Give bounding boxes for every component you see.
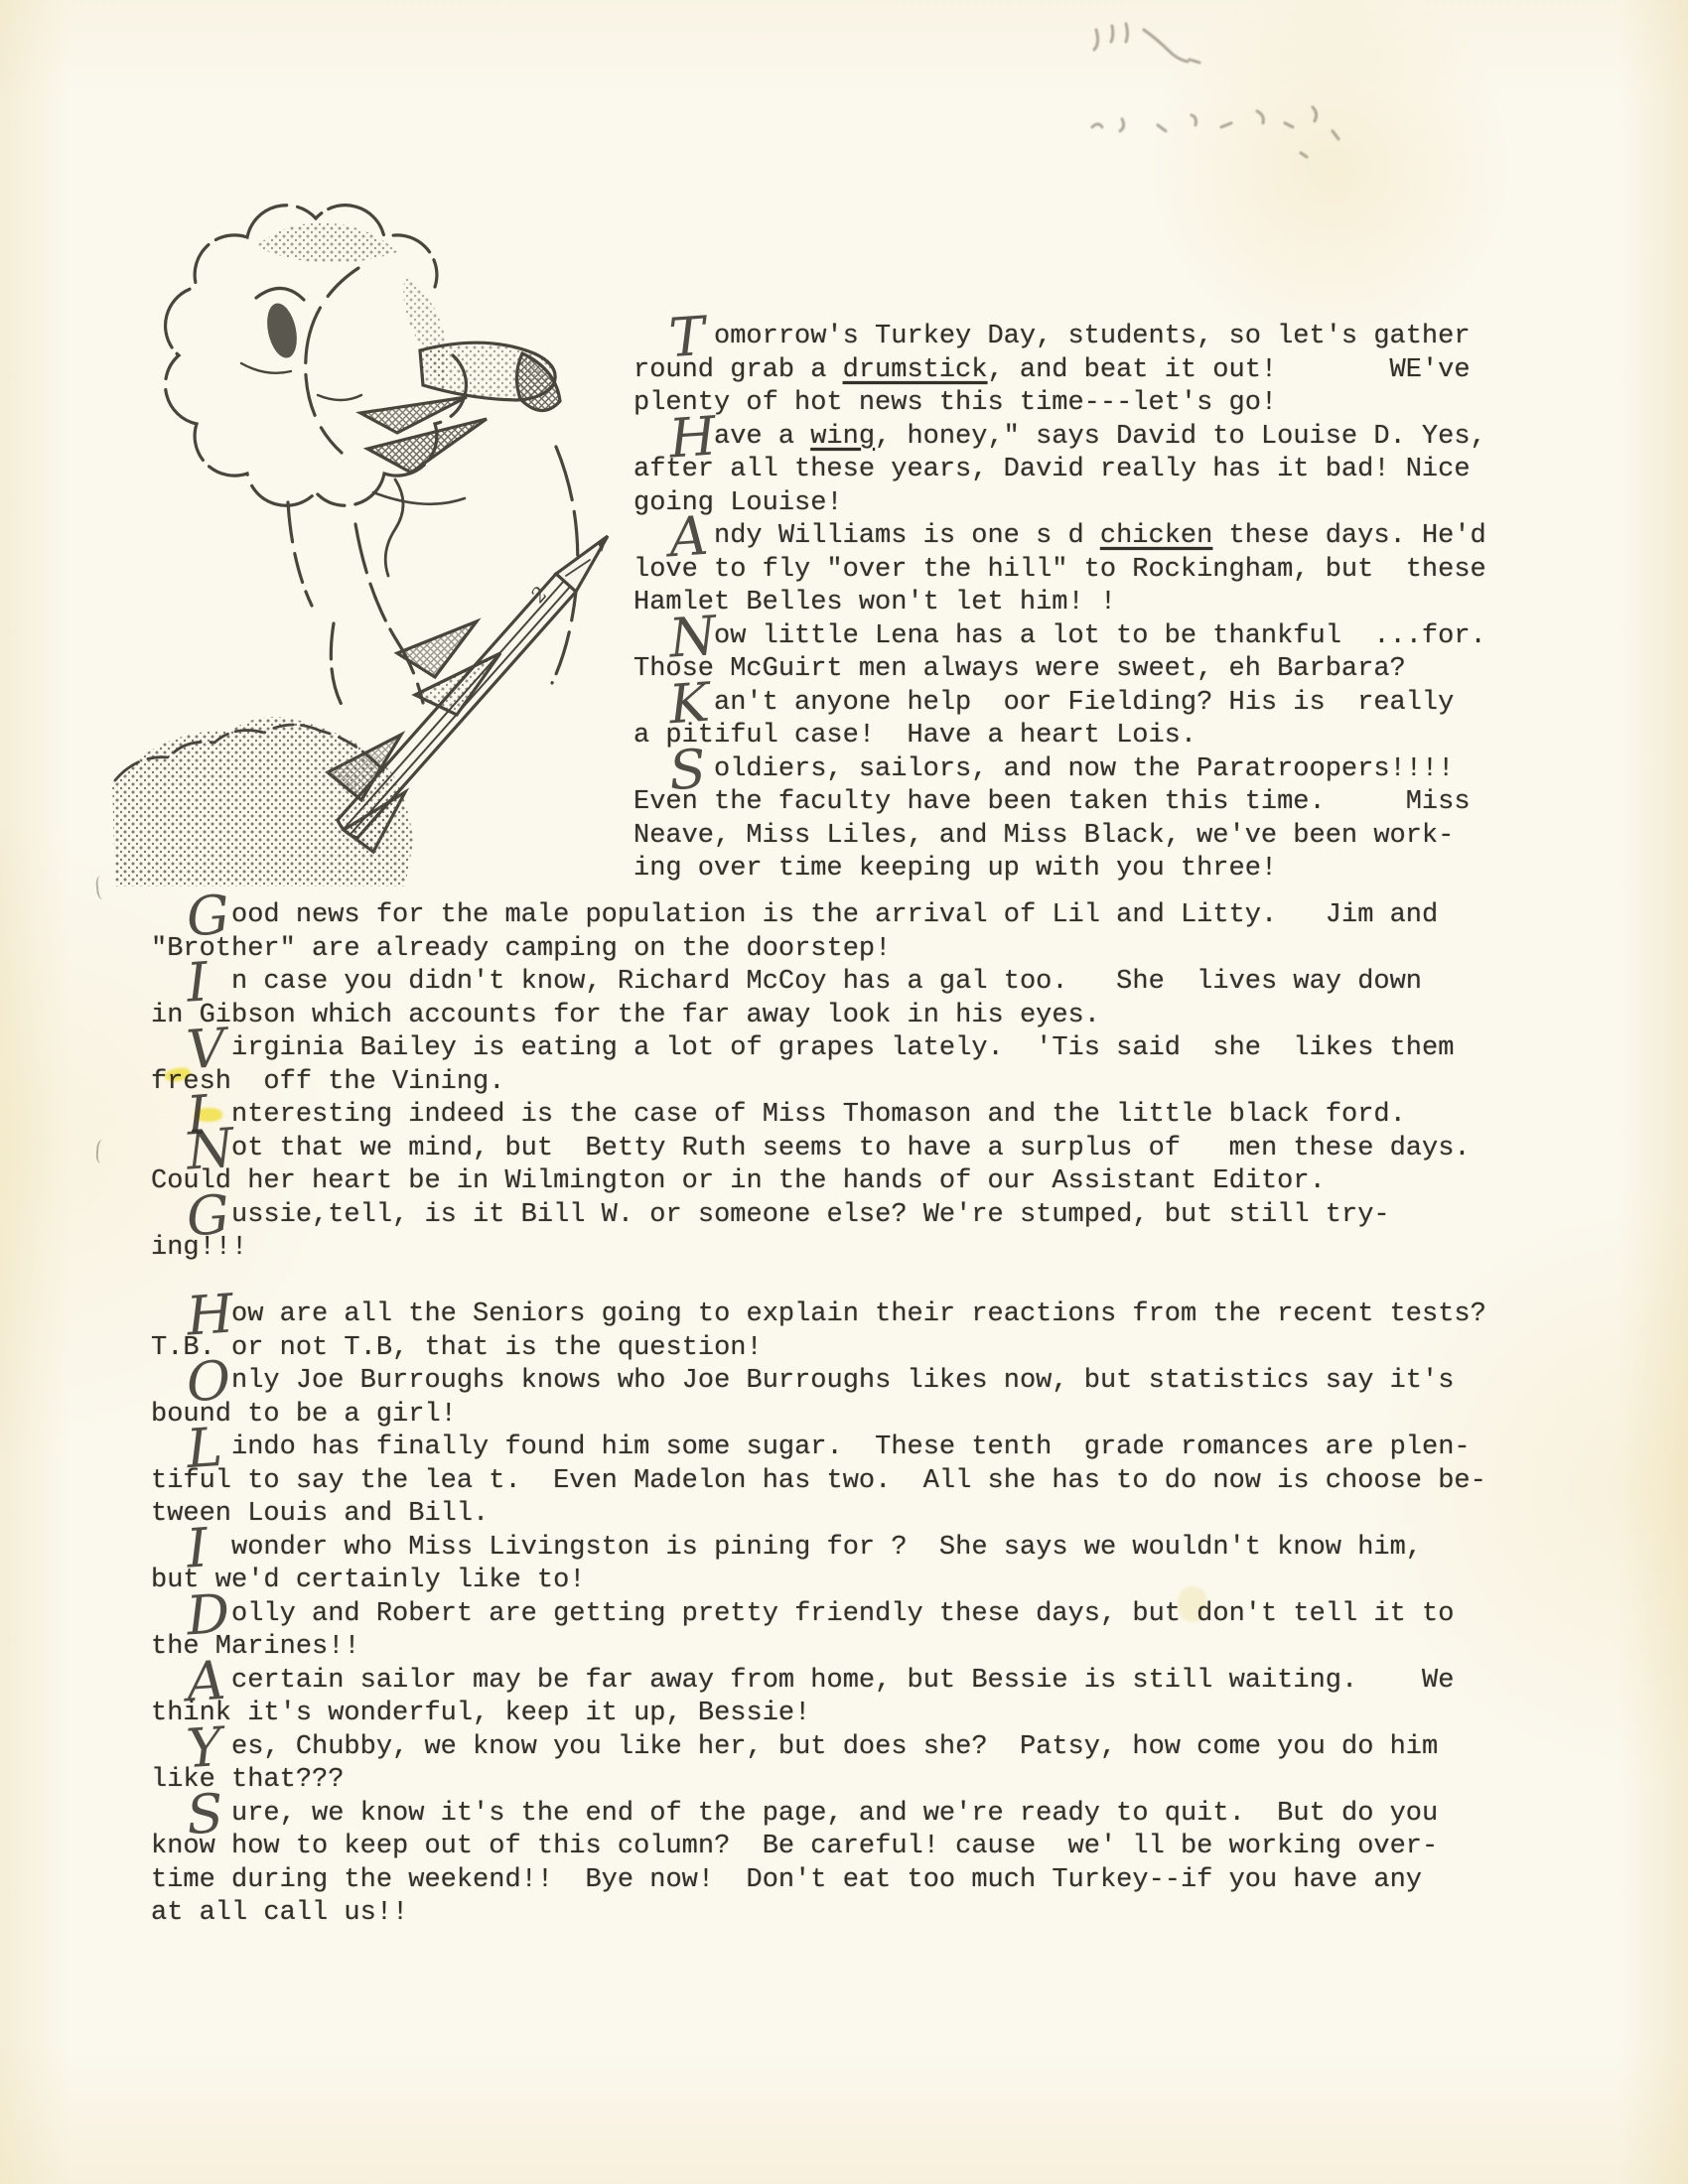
typed-text-line: L indo has finally found him some sugar.… — [151, 1432, 1486, 1465]
typed-text: going Louise! — [633, 488, 843, 518]
typed-text-line: Those McGuirt men always were sweet, eh … — [633, 653, 1486, 687]
typed-text-line: A ndy Williams is one s d chicken these … — [633, 520, 1486, 554]
typed-text-line: going Louise! — [633, 487, 1486, 521]
typed-text: the Marines!! — [151, 1632, 360, 1662]
typed-text: a pitiful case! Have a heart Lois. — [633, 721, 1196, 751]
typed-text-line: know how to keep out of this column? Be … — [151, 1831, 1486, 1864]
typed-text: Could her heart be in Wilmington or in t… — [151, 1166, 1326, 1196]
typed-text-line: H ow are all the Seniors going to explai… — [151, 1298, 1486, 1332]
typed-text-line: G ussie,tell, is it Bill W. or someone e… — [151, 1199, 1486, 1233]
typed-text: oldiers, sailors, and now the Paratroope… — [633, 754, 1454, 784]
typed-text: wonder who Miss Livingston is pining for… — [151, 1533, 1422, 1563]
typed-text-line: Y es, Chubby, we know you like her, but … — [151, 1731, 1486, 1765]
typed-text: plenty of hot news this time---let's go! — [633, 388, 1277, 418]
margin-pen-mark — [95, 1140, 108, 1164]
typed-text-line: O nly Joe Burroughs knows who Joe Burrou… — [151, 1365, 1486, 1399]
typed-text: ure, we know it's the end of the page, a… — [151, 1799, 1438, 1829]
typed-text-line: ing!!! — [151, 1232, 1486, 1266]
typed-text-line: time during the weekend!! Bye now! Don't… — [151, 1864, 1486, 1898]
typed-text-line: K an't anyone help oor Fielding? His is … — [633, 687, 1486, 721]
typed-text-line: T omorrow's Turkey Day, students, so let… — [633, 321, 1486, 354]
typed-text-line: D olly and Robert are getting pretty fri… — [151, 1598, 1486, 1632]
typed-text: omorrow's Turkey Day, students, so let's… — [633, 322, 1471, 351]
typed-text: love to fly "over the hill" to Rockingha… — [633, 555, 1486, 585]
typed-text-line: V irginia Bailey is eating a lot of grap… — [151, 1032, 1486, 1066]
typed-text-line: I n case you didn't know, Richard McCoy … — [151, 966, 1486, 1000]
typed-text: ood news for the male population is the … — [151, 900, 1438, 930]
typed-text: ow little Lena has a lot to be thankful … — [633, 621, 1486, 651]
typed-text-line: the Marines!! — [151, 1631, 1486, 1665]
typed-text: like that??? — [151, 1765, 344, 1795]
main-body-text: G ood news for the male population is th… — [151, 899, 1486, 1931]
typed-text: Those McGuirt men always were sweet, eh … — [633, 654, 1406, 684]
typed-text-line: S oldiers, sailors, and now the Paratroo… — [633, 753, 1486, 787]
typed-text — [151, 1267, 167, 1297]
typed-text: nteresting indeed is the case of Miss Th… — [151, 1100, 1406, 1130]
typed-text-line: plenty of hot news this time---let's go! — [633, 387, 1486, 421]
typed-text-line: Could her heart be in Wilmington or in t… — [151, 1165, 1486, 1199]
typed-text: irginia Bailey is eating a lot of grapes… — [151, 1033, 1454, 1063]
typed-text-line: in Gibson which accounts for the far awa… — [151, 1000, 1486, 1033]
typed-text-line: like that??? — [151, 1764, 1486, 1798]
turkey-eye — [262, 301, 301, 361]
typed-text-line: Hamlet Belles won't let him! ! — [633, 587, 1486, 620]
typed-text-line: A certain sailor may be far away from ho… — [151, 1665, 1486, 1699]
typed-text: ot that we mind, but Betty Ruth seems to… — [151, 1134, 1471, 1163]
typed-text: ussie,tell, is it Bill W. or someone els… — [151, 1200, 1390, 1230]
typed-text-line: but we'd certainly like to! — [151, 1565, 1486, 1598]
typed-text: ing!!! — [151, 1233, 247, 1263]
underlined-word: wing — [810, 422, 875, 452]
typed-text-line: N ot that we mind, but Betty Ruth seems … — [151, 1133, 1486, 1166]
underlined-word: chicken — [1100, 521, 1212, 551]
typed-text-line: "Brother" are already camping on the doo… — [151, 933, 1486, 967]
typed-text: nly Joe Burroughs knows who Joe Burrough… — [151, 1366, 1454, 1396]
typed-text-line: fresh off the Vining. — [151, 1066, 1486, 1100]
typed-text: ave a — [633, 422, 810, 452]
ink-smudge-marks — [1062, 8, 1390, 177]
typed-text-line: tiful to say the lea t. Even Madelon has… — [151, 1465, 1486, 1499]
typed-text: "Brother" are already camping on the doo… — [151, 934, 891, 964]
typed-text-line: round grab a drumstick, and beat it out!… — [633, 354, 1486, 388]
typed-text-line: S ure, we know it's the end of the page,… — [151, 1798, 1486, 1832]
typed-text: T.B. or not T.B, that is the question! — [151, 1333, 763, 1363]
typed-text: round grab a — [633, 355, 843, 385]
typed-text-line — [151, 1266, 1486, 1299]
typed-text: n case you didn't know, Richard McCoy ha… — [151, 967, 1422, 997]
typed-text: Neave, Miss Liles, and Miss Black, we've… — [633, 821, 1454, 851]
typed-text: olly and Robert are getting pretty frien… — [151, 1599, 1454, 1629]
typed-text: certain sailor may be far away from home… — [151, 1666, 1454, 1696]
typed-text-line: I nteresting indeed is the case of Miss … — [151, 1099, 1486, 1133]
typed-text: , honey," says David to Louise D. Yes, — [875, 422, 1486, 452]
typed-text-line: love to fly "over the hill" to Rockingha… — [633, 554, 1486, 588]
typed-text-line: Neave, Miss Liles, and Miss Black, we've… — [633, 820, 1486, 854]
typed-text-line: tween Louis and Bill. — [151, 1498, 1486, 1532]
typed-text: Even the faculty have been taken this ti… — [633, 787, 1471, 817]
typed-text: , and beat it out! WE've — [987, 355, 1470, 385]
typed-text-line: ing over time keeping up with you three! — [633, 853, 1486, 887]
typed-text: think it's wonderful, keep it up, Bessie… — [151, 1699, 810, 1728]
typed-text: indo has finally found him some sugar. T… — [151, 1433, 1471, 1462]
typed-text-line: I wonder who Miss Livingston is pining f… — [151, 1532, 1486, 1566]
typed-text-line: bound to be a girl! — [151, 1399, 1486, 1433]
typed-text-line: G ood news for the male population is th… — [151, 899, 1486, 933]
typed-text-line: a pitiful case! Have a heart Lois. — [633, 720, 1486, 753]
scanned-newsletter-page: 2 T omorrow's Turkey Day, students, so l… — [0, 0, 1688, 2184]
typed-text: tiful to say the lea t. Even Madelon has… — [151, 1466, 1486, 1496]
typed-text: es, Chubby, we know you like her, but do… — [151, 1732, 1438, 1762]
typed-text: know how to keep out of this column? Be … — [151, 1832, 1438, 1861]
turkey-holding-pencil-cartoon: 2 — [107, 187, 629, 887]
typed-text-line: N ow little Lena has a lot to be thankfu… — [633, 620, 1486, 654]
intro-column-text: T omorrow's Turkey Day, students, so let… — [633, 321, 1486, 887]
typed-text: at all call us!! — [151, 1898, 408, 1928]
typed-text: after all these years, David really has … — [633, 455, 1471, 484]
typed-text-line: Even the faculty have been taken this ti… — [633, 786, 1486, 820]
typed-text-line: think it's wonderful, keep it up, Bessie… — [151, 1698, 1486, 1731]
typed-text-line: T.B. or not T.B, that is the question! — [151, 1332, 1486, 1366]
typed-text: in Gibson which accounts for the far awa… — [151, 1001, 1100, 1030]
typed-text: time during the weekend!! Bye now! Don't… — [151, 1865, 1422, 1895]
typed-text: an't anyone help oor Fielding? His is re… — [633, 688, 1454, 718]
typed-text-line: H ave a wing, honey," says David to Loui… — [633, 421, 1486, 455]
typed-text: these days. He'd — [1212, 521, 1485, 551]
typed-text: ow are all the Seniors going to explain … — [151, 1299, 1486, 1329]
typed-text-line: after all these years, David really has … — [633, 454, 1486, 487]
typed-text: ing over time keeping up with you three! — [633, 854, 1277, 884]
typed-text-line: at all call us!! — [151, 1897, 1486, 1931]
underlined-word: drumstick — [843, 355, 988, 385]
